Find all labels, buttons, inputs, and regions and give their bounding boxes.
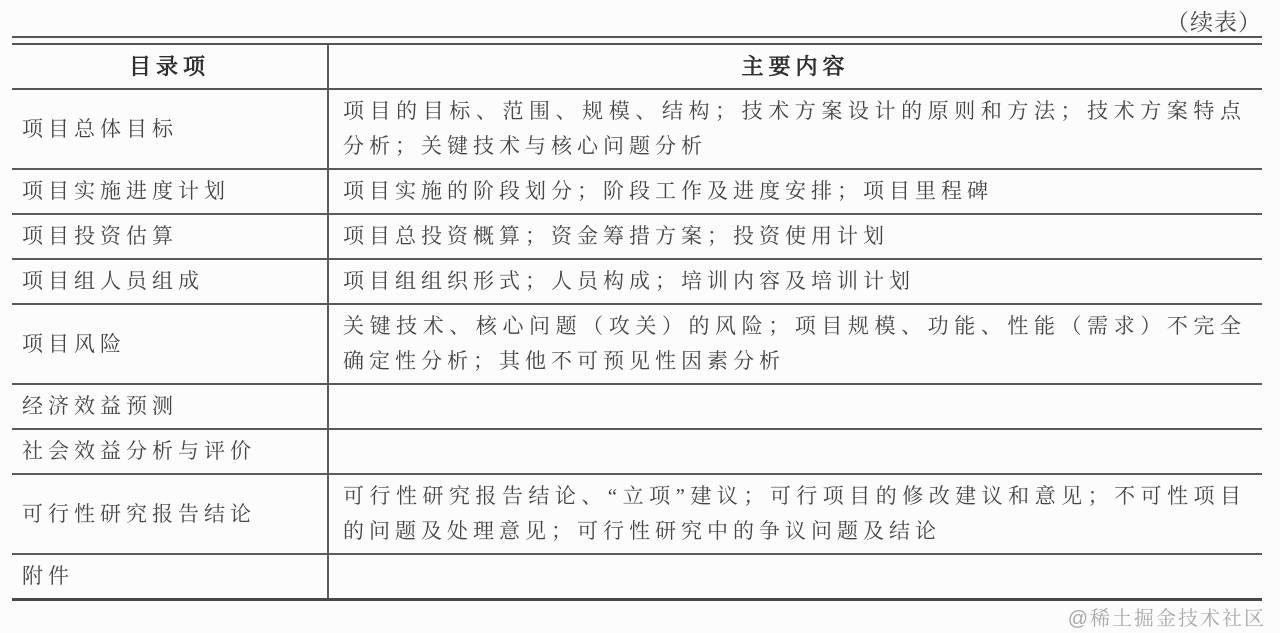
table-row: 项目组人员组成项目组组织形式；人员构成；培训内容及培训计划 — [12, 259, 1262, 304]
watermark: @稀土掘金技术社区 — [1068, 602, 1266, 631]
table-row: 可行性研究报告结论可行性研究报告结论、“立项”建议；可行项目的修改建议和意见；不… — [12, 474, 1262, 554]
catalog-item-cell: 经济效益预测 — [12, 384, 328, 429]
catalog-table-grid: 目录项 主要内容 项目总体目标项目的目标、范围、规模、结构；技术方案设计的原则和… — [12, 45, 1262, 601]
table-top-rule — [12, 36, 1262, 45]
table-row: 项目总体目标项目的目标、范围、规模、结构；技术方案设计的原则和方法；技术方案特点… — [12, 89, 1262, 169]
catalog-item-cell: 附件 — [12, 554, 328, 600]
table-row: 经济效益预测 — [12, 384, 1262, 429]
header-row: 目录项 主要内容 — [12, 45, 1262, 89]
table-row: 社会效益分析与评价 — [12, 429, 1262, 474]
catalog-item-cell: 项目投资估算 — [12, 214, 328, 259]
main-content-cell — [328, 384, 1262, 429]
catalog-table: 目录项 主要内容 项目总体目标项目的目标、范围、规模、结构；技术方案设计的原则和… — [12, 36, 1262, 601]
catalog-item-cell: 项目实施进度计划 — [12, 169, 328, 214]
main-content-cell: 项目实施的阶段划分；阶段工作及进度安排；项目里程碑 — [328, 169, 1262, 214]
main-content-cell: 项目组组织形式；人员构成；培训内容及培训计划 — [328, 259, 1262, 304]
table-row: 项目风险关键技术、核心问题（攻关）的风险；项目规模、功能、性能（需求）不完全确定… — [12, 304, 1262, 384]
page: （续表） 目录项 主要内容 项目总体目标项目的目标、范围、规模、结构；技术方案设… — [0, 0, 1280, 633]
column-header-main-content: 主要内容 — [328, 45, 1262, 89]
catalog-item-cell: 项目总体目标 — [12, 89, 328, 169]
main-content-cell: 项目的目标、范围、规模、结构；技术方案设计的原则和方法；技术方案特点分析；关键技… — [328, 89, 1262, 169]
main-content-cell: 项目总投资概算；资金筹措方案；投资使用计划 — [328, 214, 1262, 259]
table-row: 项目投资估算项目总投资概算；资金筹措方案；投资使用计划 — [12, 214, 1262, 259]
continuation-label: （续表） — [1166, 4, 1262, 37]
main-content-cell — [328, 554, 1262, 600]
catalog-item-cell: 社会效益分析与评价 — [12, 429, 328, 474]
catalog-item-cell: 可行性研究报告结论 — [12, 474, 328, 554]
main-content-cell: 关键技术、核心问题（攻关）的风险；项目规模、功能、性能（需求）不完全确定性分析；… — [328, 304, 1262, 384]
column-header-catalog-item: 目录项 — [12, 45, 328, 89]
main-content-cell: 可行性研究报告结论、“立项”建议；可行项目的修改建议和意见；不可性项目的问题及处… — [328, 474, 1262, 554]
main-content-cell — [328, 429, 1262, 474]
table-row: 项目实施进度计划项目实施的阶段划分；阶段工作及进度安排；项目里程碑 — [12, 169, 1262, 214]
catalog-item-cell: 项目组人员组成 — [12, 259, 328, 304]
table-row: 附件 — [12, 554, 1262, 600]
catalog-item-cell: 项目风险 — [12, 304, 328, 384]
table-body: 项目总体目标项目的目标、范围、规模、结构；技术方案设计的原则和方法；技术方案特点… — [12, 89, 1262, 600]
